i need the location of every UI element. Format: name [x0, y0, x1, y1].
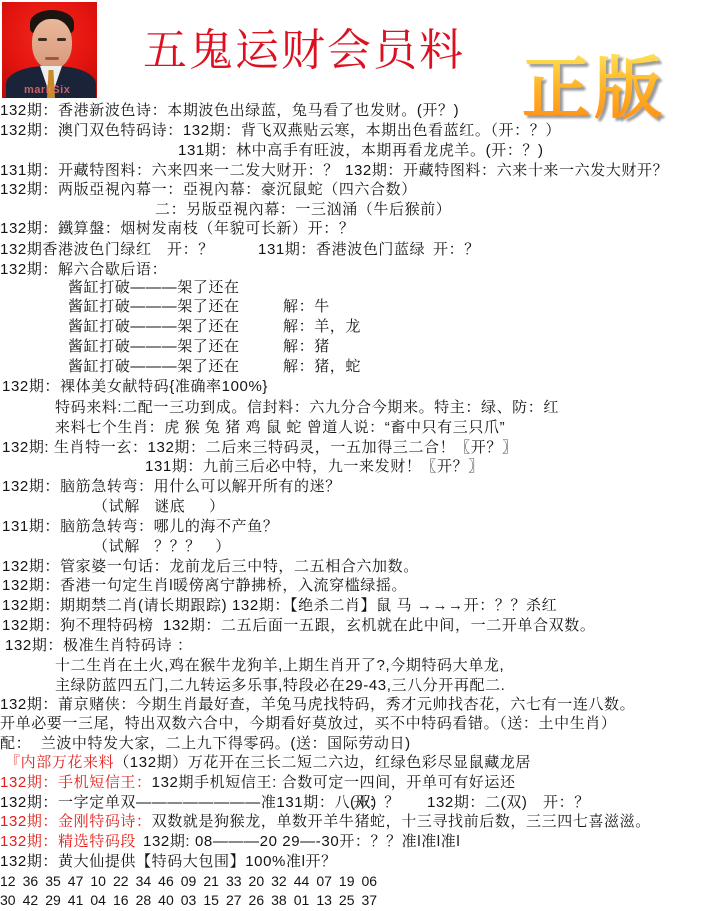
riddle-answer: 解：羊，龙	[283, 318, 361, 336]
number-cell: 25	[339, 891, 362, 909]
number-cell: 40	[158, 891, 181, 909]
line-gambler-1: 132期：莆京赌侠：今期生肖最好查，羊兔马虎找特码，秀才元帅找杏花，六七有一连八…	[0, 696, 635, 714]
hk-wave-132: 132期香港波色门绿红	[0, 241, 152, 259]
number-cell: 21	[203, 872, 226, 890]
line-zodiac-mystery-132: 132期: 生肖特一玄：132期：二后来三特码灵，一五加得三二合！〖开？〗	[2, 439, 518, 457]
selected-range-text: 132期: 08———20 29—-30开：？？准l准l准l	[143, 833, 460, 851]
riddle-text: 酱缸打破———架了还在	[68, 358, 240, 376]
line-special-code-heading: 132期：裸体美女献特码{准确率100%}	[2, 378, 268, 396]
portrait-face	[32, 19, 72, 69]
line-brain-teaser-131-answer: （试解 ？？？ ）	[93, 538, 231, 556]
odd-even-131: 132期：一字定单双————————准131期：八(双)	[0, 794, 377, 812]
number-cell: 36	[23, 872, 46, 890]
number-cell: 13	[316, 891, 339, 909]
number-cell: 34	[136, 872, 159, 890]
line-flower-source: 『内部万花来料（132期）万花开在三长二短二六边，红绿色彩尽显鼠藏龙居	[5, 754, 531, 772]
goubuli-text: 132期：二五后面一五跟，玄机就在此中间，一二开单合双数。	[163, 617, 595, 635]
number-cell: 10	[90, 872, 113, 890]
riddle-row: 酱缸打破———架了还在 解：猪	[68, 338, 368, 356]
hk-wave-131-result: 开：？	[433, 241, 480, 259]
number-cell: 19	[339, 872, 362, 890]
line-hk-zodiac-phrase: 132期：香港一句定生肖l暖傍离宁静拂桥，入流穿槛绿摇。	[2, 577, 407, 595]
portrait-photo: markSix	[2, 2, 97, 98]
line-atv-inside-2: 二：另版亞視內幕：一三汹涌（牛后猴前）	[155, 201, 451, 219]
number-cell: 47	[68, 872, 91, 890]
line-iron-abacus: 132期：鐵算盤：烟树发南枝（年貌可长新）开：？	[0, 220, 354, 238]
number-cell: 30	[0, 891, 23, 909]
riddle-answer: 解：牛	[283, 298, 330, 316]
number-row-1: 1236354710223446092133203244071906	[0, 872, 384, 890]
number-cell: 35	[45, 872, 68, 890]
riddle-row: 酱缸打破———架了还在 解：牛	[68, 298, 368, 316]
hk-wave-132-result: 开：？	[167, 241, 214, 259]
vajra-poem-text: 双数就是狗猴龙，单数开羊牛猪蛇，十三寻找前后数，三三四七喜滋滋。	[152, 813, 651, 830]
line-brain-teaser-132: 132期：脑筋急转弯：用什么可以解开所有的迷？	[2, 478, 341, 496]
number-cell: 20	[249, 872, 272, 890]
portrait-eye-right	[57, 38, 66, 41]
goubuli-label: 132期：狗不理特码榜	[2, 617, 154, 635]
flower-source-text: （132期）万花开在三长二短二六边，红绿色彩尽显鼠藏龙居	[114, 754, 531, 771]
portrait-mouth	[45, 57, 59, 60]
line-gambler-3: 配： 兰波中特发大家，二上九下得零码。(送：国际劳动日)	[0, 735, 411, 753]
odd-even-132-result: 开：？	[543, 794, 590, 812]
riddle-row: 酱缸打破———架了还在 解：羊，龙	[68, 318, 368, 336]
line-housekeeper-saying: 132期：管家婆一句话：龙前龙后三中特，二五相合六加数。	[2, 558, 419, 576]
hidden-chart-132: 132期：开藏特图料：六来十来一六发大财开？	[345, 162, 668, 180]
line-macau-color-poem-131: 131期：林中高手有旺波，本期再看龙虎羊。(开：？)	[178, 142, 544, 160]
riddle-answer: 解：猪，蛇	[283, 358, 361, 376]
line-odd-even: 132期：一字定单双————————准131期：八(双) 开：？ 132期：二(…	[0, 794, 720, 812]
number-cell: 28	[136, 891, 159, 909]
number-cell: 03	[181, 891, 204, 909]
riddle-text: 酱缸打破———架了还在	[68, 338, 240, 356]
number-cell: 41	[68, 891, 91, 909]
riddle-text: 酱缸打破———架了还在	[68, 318, 240, 336]
line-new-wave-poem: 132期：香港新波色诗：本期波色出绿蓝，兔马看了也发财。(开？)	[0, 102, 459, 120]
line-seven-zodiacs: 来料七个生肖：虎 猴 兔 猪 鸡 鼠 蛇 曾道人说：“畜中只有三只爪”	[55, 419, 505, 437]
line-zodiac-poem-2: 主绿防蓝四五门,二九转运多乐事,特段必在29-43,三八分开再配二.	[55, 677, 505, 695]
number-cell: 33	[226, 872, 249, 890]
number-cell: 38	[271, 891, 294, 909]
number-row-2: 3042294104162840031527263801132537	[0, 891, 384, 909]
number-cell: 44	[294, 872, 317, 890]
line-sms-king: 132期：手机短信王：132期手机短信王: 合数可定一四间，开单可有好运还	[0, 774, 516, 792]
riddle-text: 酱缸打破———架了还在	[68, 279, 240, 297]
selected-range-label: 132期：精选特码段	[0, 833, 136, 851]
line-selected-range: 132期：精选特码段 132期: 08———20 29—-30开：？？准l准l准…	[0, 833, 720, 851]
number-cell: 01	[294, 891, 317, 909]
riddle-text: 酱缸打破———架了还在	[68, 298, 240, 316]
flower-source-label: 『内部万花来料	[5, 754, 114, 771]
line-hk-wave-color: 132期香港波色门绿红 开：？ 131期：香港波色门蓝绿 开：？	[0, 241, 720, 259]
page-title: 五鬼运财会员料	[143, 26, 465, 76]
line-gambler-2: 开单必要一三尾，特出双数六合中，今期看好莫放过，买不中特码看错。（送：土中生肖）	[0, 715, 617, 733]
line-wong-tai-sin: 132期：黄大仙提供【特码大包围】100%准l开？	[0, 853, 337, 871]
line-brain-teaser-131: 131期：脑筋急转弯：哪儿的海不产鱼？	[2, 518, 278, 536]
line-atv-inside-1: 132期：两版亞視內幕一：亞視內幕：豪沉鼠蛇（四六合数）	[0, 181, 417, 199]
number-cell: 32	[271, 872, 294, 890]
number-cell: 27	[226, 891, 249, 909]
portrait-eye-left	[38, 38, 47, 41]
riddle-answer: 解：猪	[283, 338, 330, 356]
line-zodiac-mystery-131: 131期：九前三后必中特，九一来发财！〖开？〗	[145, 458, 484, 476]
odd-even-132: 132期：二(双)	[427, 794, 527, 812]
vajra-poem-label: 132期：金刚特码诗：	[0, 813, 152, 830]
riddle-row: 酱缸打破———架了还在 解：猪，蛇	[68, 358, 368, 376]
number-cell: 04	[90, 891, 113, 909]
number-cell: 42	[23, 891, 46, 909]
number-cell: 26	[249, 891, 272, 909]
line-riddle-heading: 132期：解六合歇后语：	[0, 261, 167, 279]
line-hidden-chart: 131期：开藏特图料：六来四来一二发大财开：？ 132期：开藏特图料：六来十来一…	[0, 162, 720, 180]
riddle-row: 酱缸打破———架了还在	[68, 279, 368, 297]
odd-even-131-result: 开：？	[353, 794, 400, 812]
line-brain-teaser-132-answer: （试解 谜底 ）	[93, 498, 225, 516]
line-zodiac-poem-1: 十二生肖在土火,鸡在猴牛龙狗羊,上期生肖开了?,今期特码大单龙,	[55, 657, 504, 675]
photo-watermark: markSix	[24, 84, 70, 96]
number-cell: 29	[45, 891, 68, 909]
hidden-chart-131: 131期：开藏特图料：六来四来一二发大财开：？	[0, 162, 339, 180]
sms-king-text: 132期手机短信王: 合数可定一四间，开单可有好运还	[152, 774, 516, 791]
number-cell: 46	[158, 872, 181, 890]
line-vajra-poem: 132期：金刚特码诗：双数就是狗猴龙，单数开羊牛猪蛇，十三寻找前后数，三三四七喜…	[0, 813, 651, 831]
number-cell: 09	[181, 872, 204, 890]
line-special-code-source: 特码来料:二配一三功到成。信封料：六九分合今期来。特主：绿、防：红	[55, 399, 559, 417]
line-macau-color-poem: 132期：澳门双色特码诗：132期：背飞双燕贴云寒，本期出色看蓝红。（开：？）	[0, 122, 561, 140]
line-goubuli-chart: 132期：狗不理特码榜 132期：二五后面一五跟，玄机就在此中间，一二开单合双数…	[2, 617, 720, 635]
number-cell: 07	[316, 872, 339, 890]
hk-wave-131: 131期：香港波色门蓝绿	[258, 241, 425, 259]
number-cell: 12	[0, 872, 23, 890]
line-zodiac-poem-heading: 132期：极准生肖特码诗 ：	[5, 637, 193, 655]
number-cell: 15	[203, 891, 226, 909]
number-cell: 06	[362, 872, 385, 890]
number-cell: 37	[362, 891, 385, 909]
number-cell: 16	[113, 891, 136, 909]
number-cell: 22	[113, 872, 136, 890]
sms-king-label: 132期：手机短信王：	[0, 774, 152, 791]
genuine-badge: 正版	[522, 50, 666, 128]
line-banned-zodiacs: 132期：期期禁二肖(请长期跟踪) 132期：【绝杀二肖】鼠 马 →→→开：？？…	[2, 597, 557, 615]
